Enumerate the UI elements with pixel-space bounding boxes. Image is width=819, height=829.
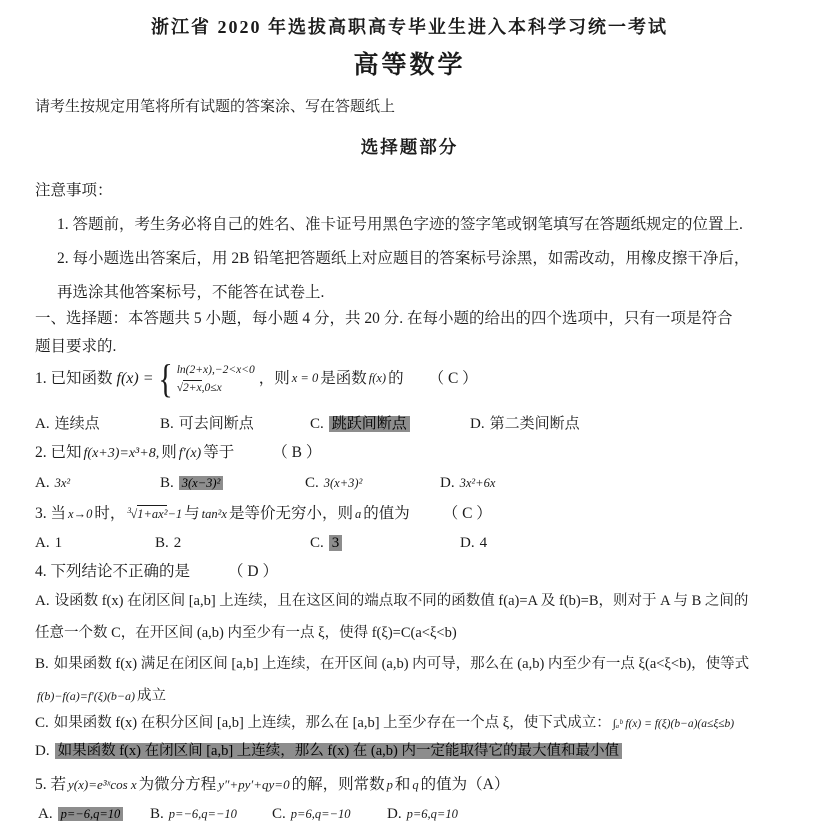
q3-options: A.1 B.2 C.3 D.4 xyxy=(0,534,819,556)
q4-option-a-line1: A.设函数 f(x) 在闭区间 [a,b] 上连续，且在这区间的端点取不同的函数… xyxy=(35,592,748,611)
q2-derivative: f′(x) xyxy=(179,446,202,461)
option-label: D. xyxy=(35,743,50,759)
q5-text-prefix: 5. 若 xyxy=(35,776,66,793)
q1-options: A.连续点 B.可去间断点 C.跳跃间断点 D.第二类间断点 xyxy=(0,412,819,434)
exam-page: 浙江省 2020 年选拔高职高专毕业生进入本科学习统一考试 高等数学 请考生按规… xyxy=(0,0,819,829)
q5-option-a: A.p=−6,q=10 xyxy=(38,805,123,823)
q3-option-a: A.1 xyxy=(35,534,62,552)
option-text: 任意一个数 C，在开区间 (a,b) 内至少有一点 ξ，使得 f(ξ)=C(a<… xyxy=(35,625,457,641)
q3-text-mid2: 与 xyxy=(184,505,200,522)
option-text: 1 xyxy=(55,535,63,551)
q1-fx-ref: f(x) xyxy=(369,371,386,387)
section-title: 选择题部分 xyxy=(0,137,819,159)
q5-text-mid2: 的解，则常数 xyxy=(292,776,385,793)
q3-answer-mark: （ C ） xyxy=(443,505,492,522)
q5-var-q: q xyxy=(412,778,418,792)
q1-option-d: D.第二类间断点 xyxy=(470,412,580,433)
q1-x0: x = 0 xyxy=(292,371,318,387)
option-text: 第二类间断点 xyxy=(490,416,580,432)
q2-option-d: D.3x²+6x xyxy=(440,474,495,492)
q3-text-mid3: 是等价无穷小，则 xyxy=(229,505,353,522)
option-label: D. xyxy=(440,475,455,491)
question-2-stem: 2. 已知f(x+3)=x³+8,则f′(x)等于（ B ） xyxy=(35,443,321,463)
q5-options: A.p=−6,q=10 B.p=−6,q=−10 C.p=6,q=−10 D.p… xyxy=(0,805,819,827)
q2-option-b: B.3(x−3)² xyxy=(160,474,223,492)
q1-text-mid1: ，则 xyxy=(259,369,290,388)
option-label: C. xyxy=(310,416,324,432)
exam-title: 浙江省 2020 年选拔高职高专毕业生进入本科学习统一考试 xyxy=(0,16,819,39)
q3-text-mid1: 时， xyxy=(94,505,125,522)
question-3-stem: 3. 当x→0时，3√1+ax²−1与tan²x是等价无穷小，则a的值为（ C … xyxy=(35,504,492,523)
q5-option-c: C.p=6,q=−10 xyxy=(272,805,350,823)
option-text: p=6,q=10 xyxy=(407,807,458,821)
q2-option-c: C.3(x+3)² xyxy=(305,474,362,492)
option-label: D. xyxy=(387,806,402,822)
q2-text-prefix: 2. 已知 xyxy=(35,444,82,461)
q1-piece-2: √2+x,0≤x xyxy=(177,381,255,395)
option-text-highlighted: 3 xyxy=(329,535,343,551)
q2-text-mid: 则 xyxy=(161,444,177,461)
q4-c-integral-formula: ∫ₐᵇ f(x) = f(ξ)(b−a)(a≤ξ≤b) xyxy=(613,718,734,730)
notice-item-2-line2: 再选涂其他答案标号，不能答在试卷上. xyxy=(57,283,324,302)
option-text: 设函数 f(x) 在闭区间 [a,b] 上连续，且在这区间的端点取不同的函数值 … xyxy=(55,593,749,609)
notice-heading: 注意事项： xyxy=(35,181,113,200)
option-text-highlighted: 3(x−3)² xyxy=(179,476,224,490)
exam-subject-title: 高等数学 xyxy=(0,50,819,81)
option-text: 3x² xyxy=(55,476,71,490)
exam-instruction: 请考生按规定用笔将所有试题的答案涂、写在答题纸上 xyxy=(35,98,395,117)
q1-option-b: B.可去间断点 xyxy=(160,412,254,433)
option-text: 可去间断点 xyxy=(179,416,254,432)
q4-option-d: D.如果函数 f(x) 在闭区间 [a,b] 上连续，那么 f(x) 在 (a,… xyxy=(35,742,622,761)
option-label: B. xyxy=(160,475,174,491)
section-intro-line2: 题目要求的. xyxy=(35,337,116,356)
q3-option-b: B.2 xyxy=(155,534,181,552)
option-label: D. xyxy=(470,416,485,432)
q1-fx: f(x) = xyxy=(117,369,154,389)
option-text: 连续点 xyxy=(55,416,100,432)
option-label: C. xyxy=(310,535,324,551)
q5-ode-formula: y″+py′+qy=0 xyxy=(218,777,289,792)
q4-b-formula: f(b)−f(a)=f′(ξ)(b−a) xyxy=(37,689,135,703)
q3-option-d: D.4 xyxy=(460,534,487,552)
q2-option-a: A.3x² xyxy=(35,474,70,492)
option-text: 3x²+6x xyxy=(460,476,496,490)
q3-text-mid4: 的值为 xyxy=(363,505,410,522)
q3-radicand: 1+ax² xyxy=(137,505,167,521)
option-text-highlighted: p=−6,q=10 xyxy=(58,807,124,821)
option-text: p=6,q=−10 xyxy=(291,807,351,821)
q1-option-c: C.跳跃间断点 xyxy=(310,412,410,433)
option-text: 如果函数 f(x) 满足在闭区间 [a,b] 上连续，在开区间 (a,b) 内可… xyxy=(54,656,749,672)
q3-tan-term: tan²x xyxy=(202,507,227,521)
option-label: B. xyxy=(155,535,169,551)
option-label: A. xyxy=(38,806,53,822)
q1-text-mid2: 是函数 xyxy=(320,369,367,388)
q3-limit: x→0 xyxy=(68,507,92,521)
notice-item-1: 1. 答题前，考生务必将自己的姓名、准卡证号用黑色字迹的签字笔或钢笔填写在答题纸… xyxy=(57,215,743,234)
q2-text-tail: 等于 xyxy=(203,444,234,461)
q5-option-d: D.p=6,q=10 xyxy=(387,805,458,823)
q5-option-b: B.p=−6,q=−10 xyxy=(150,805,237,823)
q5-text-mid4: 的值为 xyxy=(421,776,468,793)
option-label: C. xyxy=(272,806,286,822)
option-text: 成立 xyxy=(137,688,166,704)
q5-answer-mark: （A） xyxy=(467,776,509,793)
option-text-highlighted: 跳跃间断点 xyxy=(329,416,410,432)
brace-glyph: { xyxy=(158,362,172,396)
q4-option-b-line2: f(b)−f(a)=f′(ξ)(b−a)成立 xyxy=(35,687,166,705)
q3-minus-one: −1 xyxy=(167,507,182,521)
q1-answer-mark: （ C ） xyxy=(429,369,478,388)
q1-radicand: 2+x xyxy=(183,380,202,394)
q1-piecewise-formula: f(x) = { ln(2+x),−2<x<0 √2+x,0≤x xyxy=(117,362,255,396)
option-label: A. xyxy=(35,593,50,609)
q2-options: A.3x² B.3(x−3)² C.3(x+3)² D.3x²+6x xyxy=(0,474,819,496)
option-label: A. xyxy=(35,535,50,551)
q5-solution-formula: y(x)=e³ˣcos x xyxy=(68,777,137,792)
option-text: p=−6,q=−10 xyxy=(169,807,237,821)
option-label: A. xyxy=(35,475,50,491)
q5-text-mid3: 和 xyxy=(395,776,411,793)
notice-item-2-line1: 2. 每小题选出答案后，用 2B 铅笔把答题纸上对应题目的答案标号涂黑，如需改动… xyxy=(57,249,749,268)
q3-option-c: C.3 xyxy=(310,534,342,552)
section-intro-line1: 一、选择题：本答题共 5 小题，每小题 4 分，共 20 分. 在每小题的给出的… xyxy=(35,309,733,328)
q4-option-a-line2: 任意一个数 C，在开区间 (a,b) 内至少有一点 ξ，使得 f(ξ)=C(a<… xyxy=(35,624,457,642)
option-text: 4 xyxy=(480,535,488,551)
q1-text-prefix: 1. 已知函数 xyxy=(35,369,113,388)
q2-answer-mark: （ B ） xyxy=(272,444,321,461)
q3-radical-formula: 3√1+ax²−1 xyxy=(127,507,182,521)
option-label: C. xyxy=(305,475,319,491)
option-text-highlighted: 如果函数 f(x) 在闭区间 [a,b] 上连续，那么 f(x) 在 (a,b)… xyxy=(55,743,622,759)
option-label: B. xyxy=(160,416,174,432)
question-4-stem: 4. 下列结论不正确的是（ D ） xyxy=(35,562,278,581)
option-label: C. xyxy=(35,715,49,731)
q5-text-mid1: 为微分方程 xyxy=(139,776,217,793)
option-label: B. xyxy=(35,656,49,672)
q4-option-b-line1: B.如果函数 f(x) 满足在闭区间 [a,b] 上连续，在开区间 (a,b) … xyxy=(35,655,749,674)
option-text: 3(x+3)² xyxy=(324,476,363,490)
q5-var-p: p xyxy=(387,778,393,792)
q1-option-a: A.连续点 xyxy=(35,412,100,433)
q4-option-c: C.如果函数 f(x) 在积分区间 [a,b] 上连续，那么在 [a,b] 上至… xyxy=(35,714,736,733)
option-text: 2 xyxy=(174,535,182,551)
q1-piece-2-condition: ,0≤x xyxy=(202,382,222,394)
question-1-stem: 1. 已知函数 f(x) = { ln(2+x),−2<x<0 √2+x,0≤x… xyxy=(35,356,478,402)
q2-formula: f(x+3)=x³+8, xyxy=(84,446,160,461)
q3-text-prefix: 3. 当 xyxy=(35,505,66,522)
q4-text: 4. 下列结论不正确的是 xyxy=(35,563,190,580)
question-5-stem: 5. 若y(x)=e³ˣcos x为微分方程y″+py′+qy=0的解，则常数p… xyxy=(35,775,509,794)
q1-text-mid3: 的 xyxy=(388,369,404,388)
option-label: A. xyxy=(35,416,50,432)
q3-var-a: a xyxy=(355,507,361,521)
option-label: D. xyxy=(460,535,475,551)
option-label: B. xyxy=(150,806,164,822)
q4-answer-mark: （ D ） xyxy=(228,563,278,580)
option-text: 如果函数 f(x) 在积分区间 [a,b] 上连续，那么在 [a,b] 上至少存… xyxy=(54,715,611,731)
q1-piecewise-rows: ln(2+x),−2<x<0 √2+x,0≤x xyxy=(177,363,255,395)
q1-piece-1: ln(2+x),−2<x<0 xyxy=(177,363,255,377)
